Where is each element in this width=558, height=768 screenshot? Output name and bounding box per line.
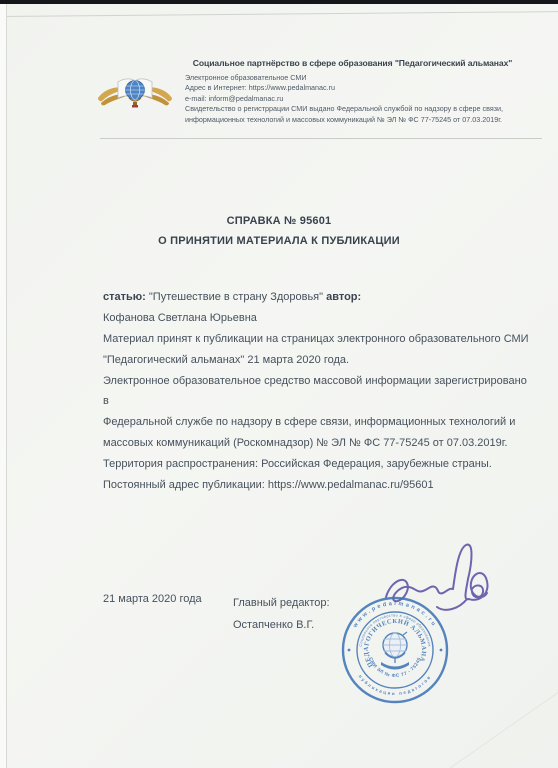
body-line: Материал принят к публикации на страница… xyxy=(103,329,535,350)
publisher-logo-globe-book-wings-icon xyxy=(96,68,174,122)
header-line-media-type: Электронное образовательное СМИ xyxy=(185,73,530,83)
editor-block: Главный редактор: Остапченко В.Г. xyxy=(233,593,330,636)
body-line: Территория распространения: Российская Ф… xyxy=(103,454,535,475)
stamp-globe-icon xyxy=(381,632,409,670)
issue-date: 21 марта 2020 года xyxy=(103,593,202,605)
article-name: "Путешествие в страну Здоровья" xyxy=(146,291,326,303)
body-line: Постоянный адрес публикации: https://www… xyxy=(103,475,535,496)
scan-edge-top xyxy=(0,0,558,4)
header-line-email: e-mail: inform@pedalmanac.ru xyxy=(185,94,530,104)
body-line: массовых коммуникаций (Роскомнадзор) № Э… xyxy=(103,433,535,454)
scanned-certificate-page: Социальное партнёрство в сфере образован… xyxy=(0,0,558,768)
document-title: СПРАВКА № 95601 О ПРИНЯТИИ МАТЕРИАЛА К П… xyxy=(0,212,558,251)
article-block: статью: "Путешествие в страну Здоровья" … xyxy=(103,287,533,329)
body-line: Электронное образовательное средство мас… xyxy=(103,371,535,413)
paper-crease xyxy=(442,681,558,768)
author-name: Кофанова Светлана Юрьевна xyxy=(103,308,533,329)
article-line: статью: "Путешествие в страну Здоровья" … xyxy=(103,287,533,308)
stamp-separator-dot xyxy=(440,649,443,652)
article-label: статью: xyxy=(103,291,146,303)
stamp-separator-dot xyxy=(348,649,351,652)
org-title: Социальное партнёрство в сфере образован… xyxy=(185,58,520,68)
header-info-block: Электронное образовательное СМИ Адрес в … xyxy=(185,73,530,125)
page-edge-line xyxy=(0,11,558,17)
header-separator-line xyxy=(100,138,542,139)
header-line-registration-2: информационных технологий и массовых ком… xyxy=(185,115,530,125)
editor-name: Остапченко В.Г. xyxy=(233,615,330,637)
header-line-website: Адрес в Интернет: https://www.pedalmanac… xyxy=(185,83,530,93)
body-paragraph: Материал принят к публикации на страница… xyxy=(103,329,535,495)
certificate-subject-line: О ПРИНЯТИИ МАТЕРИАЛА К ПУБЛИКАЦИИ xyxy=(0,232,558,252)
scan-edge-left xyxy=(0,4,7,768)
round-stamp: www.pedalmanac.ru публикации педагогов С… xyxy=(337,592,453,712)
certificate-number-line: СПРАВКА № 95601 xyxy=(0,212,558,232)
author-label: автор: xyxy=(326,291,361,303)
editor-label: Главный редактор: xyxy=(233,593,330,615)
header-line-registration-1: Свидетельство о регистррации СМИ выдано … xyxy=(185,104,530,114)
body-line: Федеральной службе по надзору в сфере св… xyxy=(103,412,535,433)
body-line: "Педагогический альманах" 21 марта 2020 … xyxy=(103,350,535,371)
